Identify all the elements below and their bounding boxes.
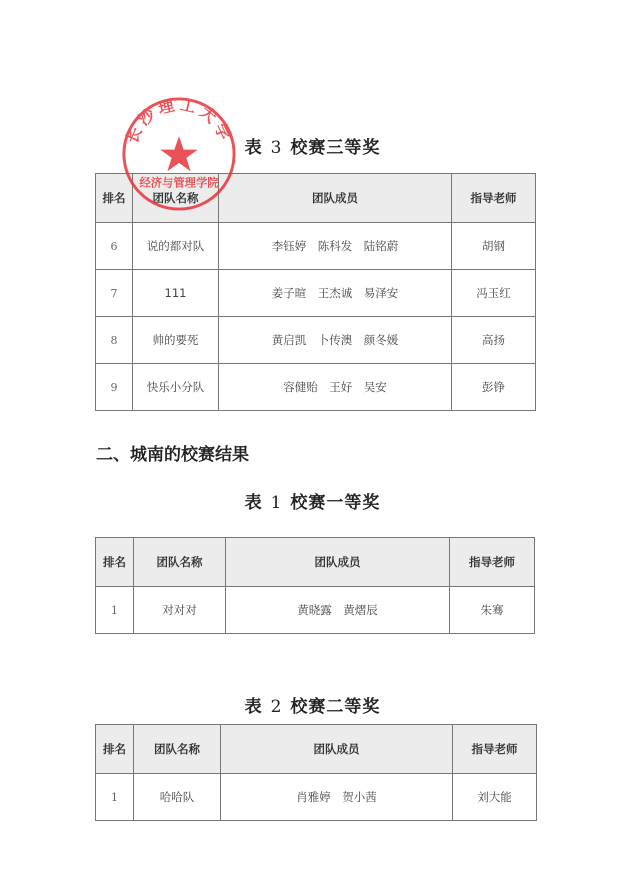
rank-cell: 8 — [96, 317, 133, 364]
members-cell: 黄晓露 黄熠辰 — [226, 587, 450, 634]
table-2-caption: 表2校赛二等奖 — [0, 692, 625, 717]
advisor-cell: 彭铮 — [452, 364, 536, 411]
caption-title: 校赛三等奖 — [290, 138, 380, 158]
header-advisor: 指导老师 — [453, 725, 537, 774]
first-prize-table: 排名 团队名称 团队成员 指导老师 1 对对对 黄晓露 黄熠辰 朱骞 — [95, 537, 535, 634]
header-advisor: 指导老师 — [450, 538, 535, 587]
table-1-caption: 表1校赛一等奖 — [0, 488, 625, 513]
header-team-name: 团队名称 — [133, 174, 219, 223]
header-rank: 排名 — [96, 538, 134, 587]
members-cell: 李钰婷 陈科发 陆铭蔚 — [219, 223, 452, 270]
table-row: 1 哈哈队 肖雅婷 贺小茜 刘大能 — [96, 774, 537, 821]
team-cell: 帅的要死 — [133, 317, 219, 364]
caption-prefix: 表 — [245, 138, 263, 158]
members-cell: 姜子暄 王杰诚 易泽安 — [219, 270, 452, 317]
header-members: 团队成员 — [221, 725, 453, 774]
team-cell: 说的都对队 — [133, 223, 219, 270]
team-cell: 快乐小分队 — [133, 364, 219, 411]
team-cell: 对对对 — [134, 587, 226, 634]
table-row: 8 帅的要死 黄启凯 卜传澳 颜冬媛 高扬 — [96, 317, 536, 364]
rank-cell: 1 — [96, 774, 134, 821]
team-cell: 哈哈队 — [134, 774, 221, 821]
caption-number: 2 — [271, 697, 283, 717]
table-row: 7 111 姜子暄 王杰诚 易泽安 冯玉红 — [96, 270, 536, 317]
members-cell: 肖雅婷 贺小茜 — [221, 774, 453, 821]
rank-cell: 7 — [96, 270, 133, 317]
table-row: 6 说的都对队 李钰婷 陈科发 陆铭蔚 胡钢 — [96, 223, 536, 270]
table-header-row: 排名 团队名称 团队成员 指导老师 — [96, 725, 537, 774]
caption-prefix: 表 — [245, 493, 263, 513]
advisor-cell: 朱骞 — [450, 587, 535, 634]
members-cell: 黄启凯 卜传澳 颜冬媛 — [219, 317, 452, 364]
caption-title: 校赛二等奖 — [290, 697, 380, 717]
caption-number: 1 — [271, 493, 283, 513]
members-cell: 容健贻 王好 吴安 — [219, 364, 452, 411]
header-rank: 排名 — [96, 725, 134, 774]
header-team-name: 团队名称 — [134, 538, 226, 587]
caption-title: 校赛一等奖 — [290, 493, 380, 513]
header-rank: 排名 — [96, 174, 133, 223]
caption-prefix: 表 — [245, 697, 263, 717]
rank-cell: 9 — [96, 364, 133, 411]
third-prize-table: 排名 团队名称 团队成员 指导老师 6 说的都对队 李钰婷 陈科发 陆铭蔚 胡钢… — [95, 173, 536, 411]
section-heading: 二、城南的校赛结果 — [96, 440, 249, 465]
header-advisor: 指导老师 — [452, 174, 536, 223]
table-row: 9 快乐小分队 容健贻 王好 吴安 彭铮 — [96, 364, 536, 411]
advisor-cell: 胡钢 — [452, 223, 536, 270]
table-header-row: 排名 团队名称 团队成员 指导老师 — [96, 538, 535, 587]
advisor-cell: 刘大能 — [453, 774, 537, 821]
header-team-name: 团队名称 — [134, 725, 221, 774]
second-prize-table: 排名 团队名称 团队成员 指导老师 1 哈哈队 肖雅婷 贺小茜 刘大能 — [95, 724, 537, 821]
team-cell: 111 — [133, 270, 219, 317]
header-members: 团队成员 — [219, 174, 452, 223]
header-members: 团队成员 — [226, 538, 450, 587]
rank-cell: 1 — [96, 587, 134, 634]
rank-cell: 6 — [96, 223, 133, 270]
caption-number: 3 — [271, 138, 283, 158]
table-row: 1 对对对 黄晓露 黄熠辰 朱骞 — [96, 587, 535, 634]
table-3-caption: 表3校赛三等奖 — [0, 133, 625, 158]
table-header-row: 排名 团队名称 团队成员 指导老师 — [96, 174, 536, 223]
advisor-cell: 冯玉红 — [452, 270, 536, 317]
advisor-cell: 高扬 — [452, 317, 536, 364]
